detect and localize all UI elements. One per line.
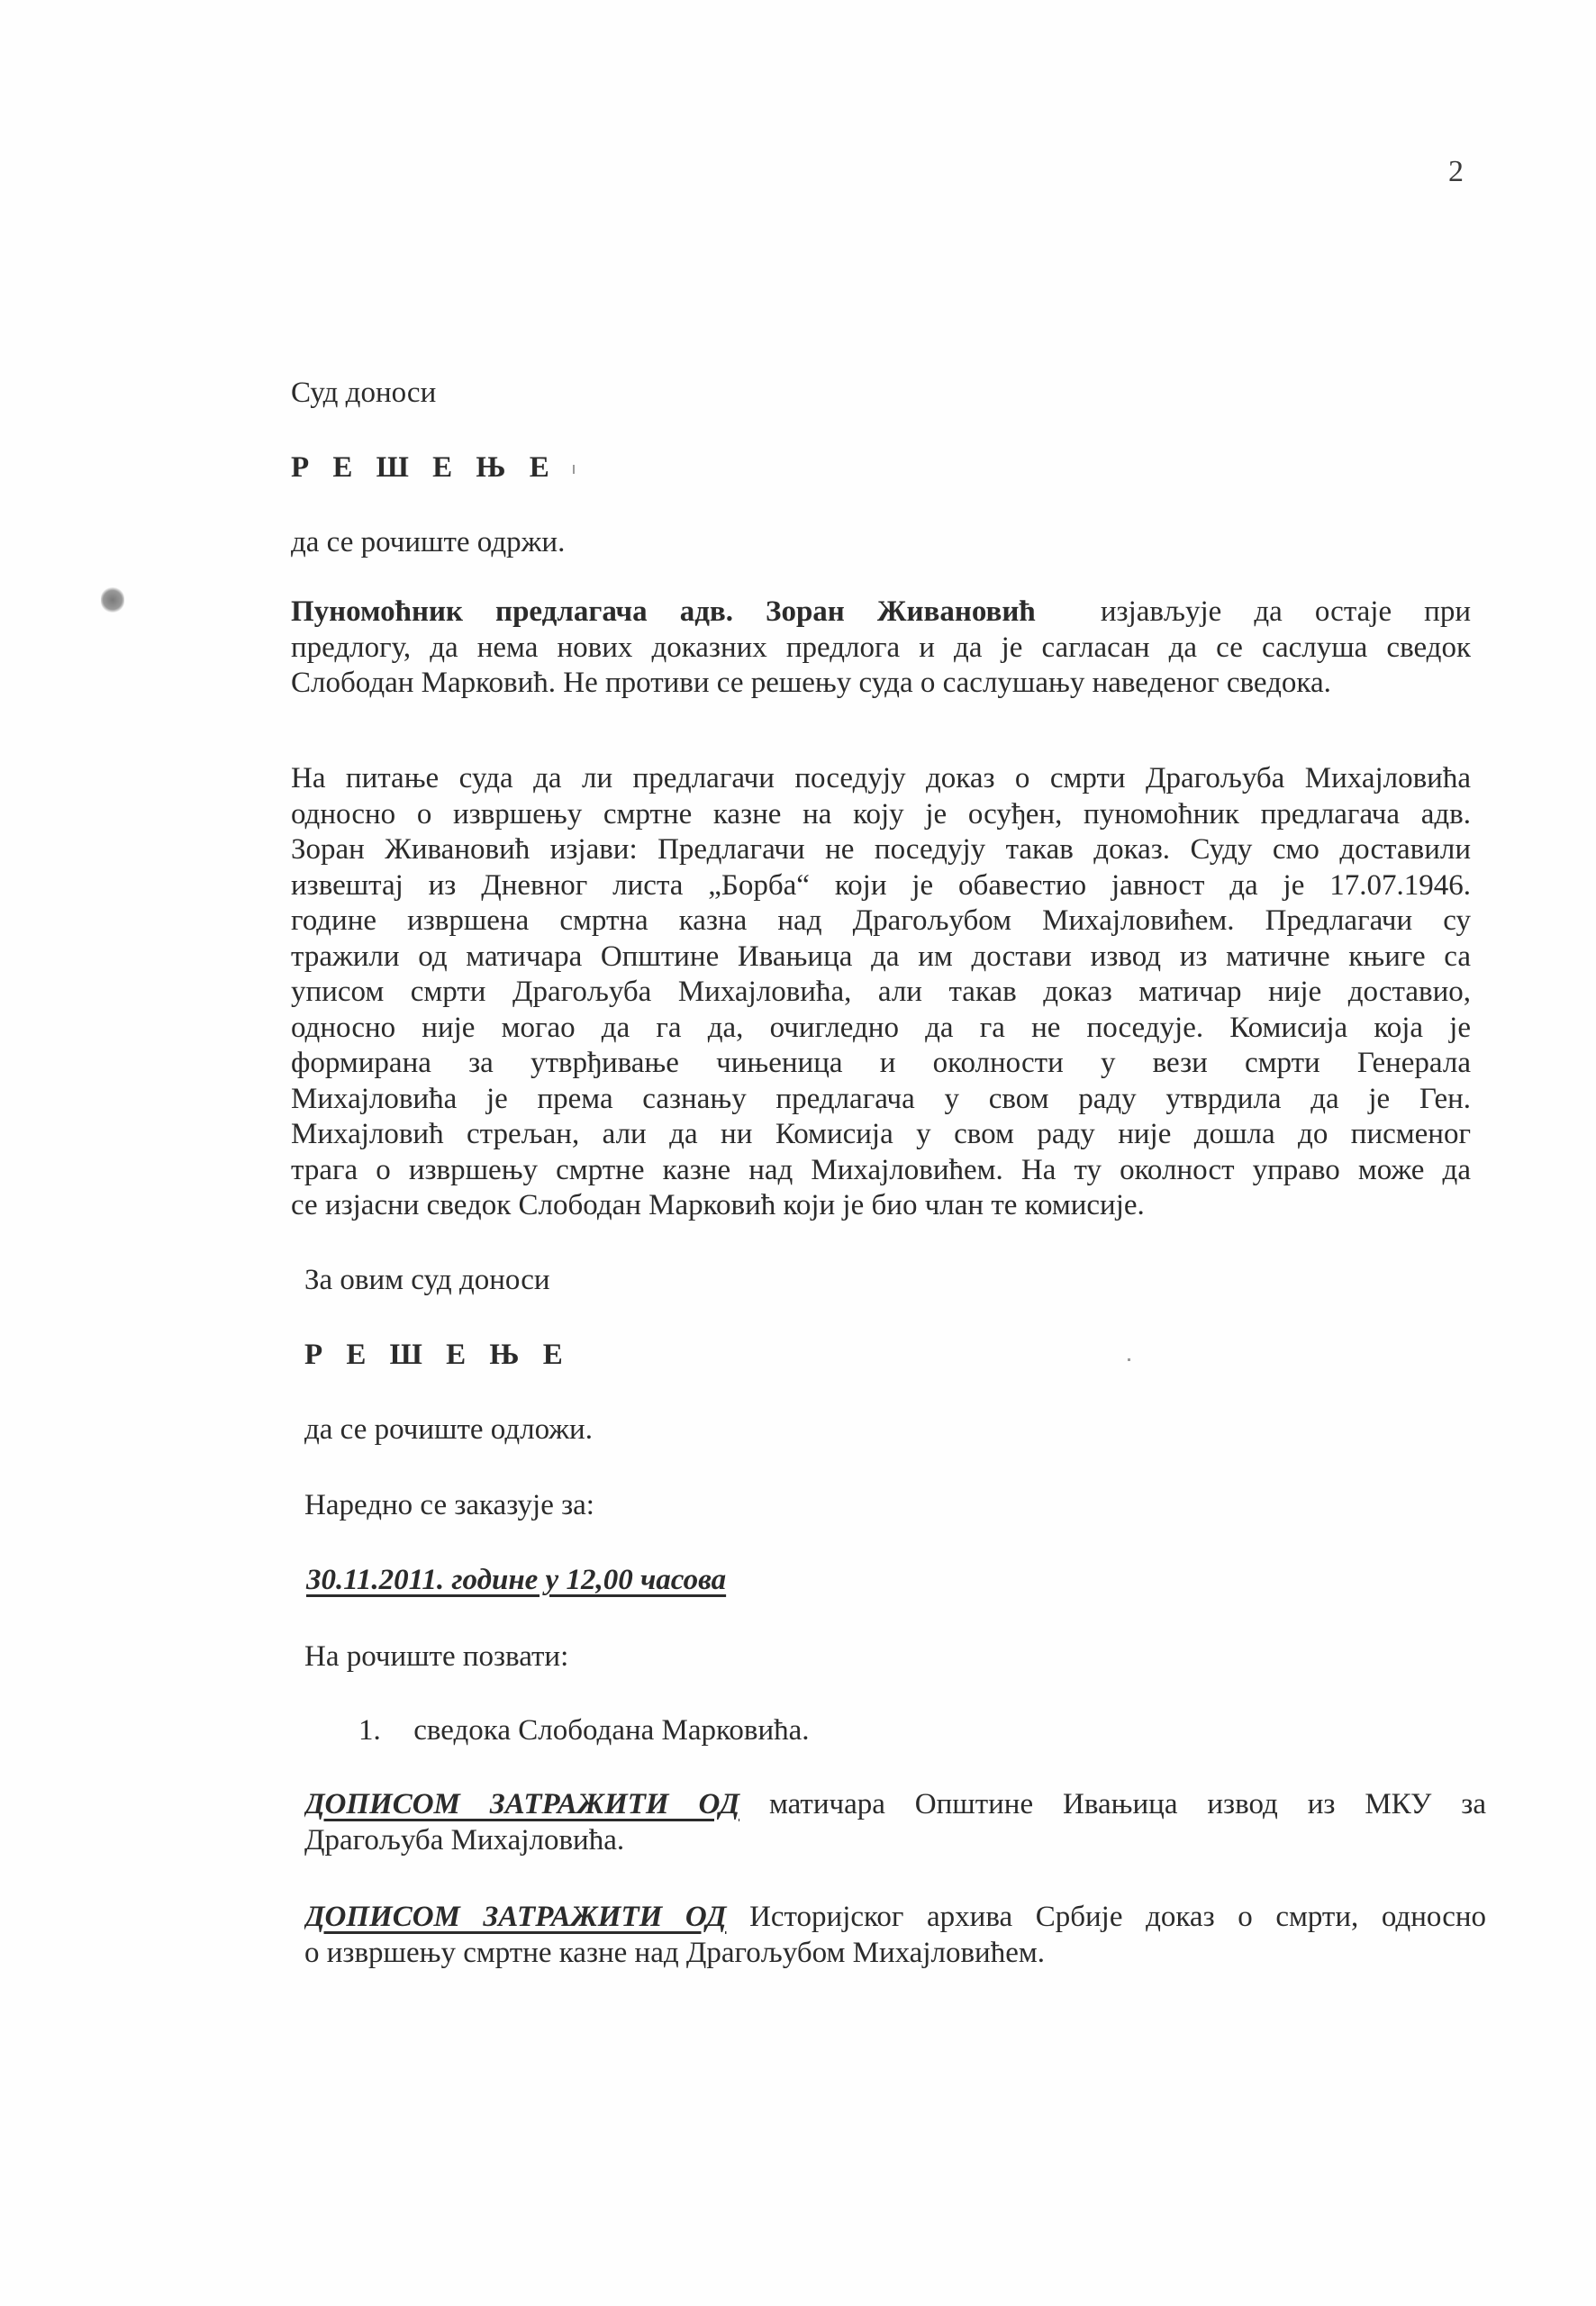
scan-speck: [1128, 1358, 1130, 1361]
paragraph-line: Драгољуба Михајловића.: [304, 1823, 1486, 1859]
paragraph-line: о извршењу смртне казне над Драгољубом М…: [304, 1936, 1486, 1972]
scheduled-date: 30.11.2011. године у 12,00 часова: [306, 1562, 726, 1598]
ruling-title-2: Р Е Ш Е Њ Е: [304, 1337, 571, 1373]
paragraph-line: године извршена смртна казна над Драгољу…: [291, 903, 1471, 940]
scheduled-label: Наредно се заказује за:: [304, 1487, 594, 1523]
request-block-1: ДОПИСОМ ЗАТРАЖИТИ ОД матичара Општине Ив…: [304, 1787, 1486, 1858]
paragraph-line: ДОПИСОМ ЗАТРАЖИТИ ОД Историјског архива …: [304, 1900, 1486, 1936]
scan-speck: [573, 465, 575, 474]
paragraph-line: уписом смрти Драгољуба Михајловића, али …: [291, 975, 1471, 1011]
request-heading: ДОПИСОМ ЗАТРАЖИТИ ОД: [304, 1901, 726, 1933]
court-intro-2: За овим суд доноси: [304, 1262, 550, 1298]
page-number: 2: [1448, 155, 1464, 189]
paragraph-line: формирана за утврђивање чињеница и околн…: [291, 1046, 1471, 1082]
request-heading: ДОПИСОМ ЗАТРАЖИТИ ОД: [304, 1788, 739, 1820]
paragraph-line: трага о извршењу смртне казне над Михајл…: [291, 1153, 1471, 1189]
paragraph-line: односно о извршењу смртне казне на коју …: [291, 797, 1471, 833]
paragraph-line: предлогу, да нема нових доказних предлог…: [291, 631, 1471, 667]
paragraph-line: Пуномоћник предлагача адв. Зоран Живанов…: [291, 595, 1471, 631]
list-text: сведока Слободана Марковића.: [413, 1714, 809, 1747]
paragraph-line: Михајловића је према сазнању предлагача …: [291, 1082, 1471, 1118]
document-page: 2 Суд доноси Р Е Ш Е Њ Е да се рочиште о…: [0, 0, 1596, 2306]
summon-label: На рочиште позвати:: [304, 1639, 568, 1675]
paragraph-line: Слободан Марковић. Не противи се решењу …: [291, 666, 1471, 702]
paragraph-line: На питање суда да ли предлагачи поседују…: [291, 761, 1471, 797]
paragraph-line: тражили од матичара Општине Ивањица да и…: [291, 940, 1471, 976]
list-number: 1.: [358, 1714, 381, 1747]
paragraph-attorney-statement: Пуномоћник предлагача адв. Зоран Живанов…: [291, 595, 1471, 702]
summon-list-item: 1. сведока Слободана Марковића.: [358, 1712, 810, 1748]
ruling-text-2: да се рочиште одложи.: [304, 1412, 593, 1448]
paragraph-line: извештај из Дневног листа „Борба“ који ј…: [291, 868, 1471, 904]
paragraph-line: Зоран Живановић изјави: Предлагачи не по…: [291, 832, 1471, 868]
paragraph-line: ДОПИСОМ ЗАТРАЖИТИ ОД матичара Општине Ив…: [304, 1787, 1486, 1823]
paragraph-court-question: На питање суда да ли предлагачи поседују…: [291, 761, 1471, 1224]
paragraph-line: се изјасни сведок Слободан Марковић који…: [291, 1188, 1471, 1224]
ruling-title-1: Р Е Ш Е Њ Е: [291, 449, 558, 486]
paragraph-line: односно није могао да га да, очигледно д…: [291, 1011, 1471, 1047]
paragraph-line: Михајловић стрељан, али да ни Комисија у…: [291, 1117, 1471, 1153]
scan-smudge: [101, 587, 124, 613]
attorney-name-bold: Пуномоћник предлагача адв. Зоран Живанов…: [291, 595, 1036, 628]
court-intro: Суд доноси: [291, 375, 436, 411]
request-block-2: ДОПИСОМ ЗАТРАЖИТИ ОД Историјског архива …: [304, 1900, 1486, 1971]
ruling-text-1: да се рочиште одржи.: [291, 524, 565, 560]
